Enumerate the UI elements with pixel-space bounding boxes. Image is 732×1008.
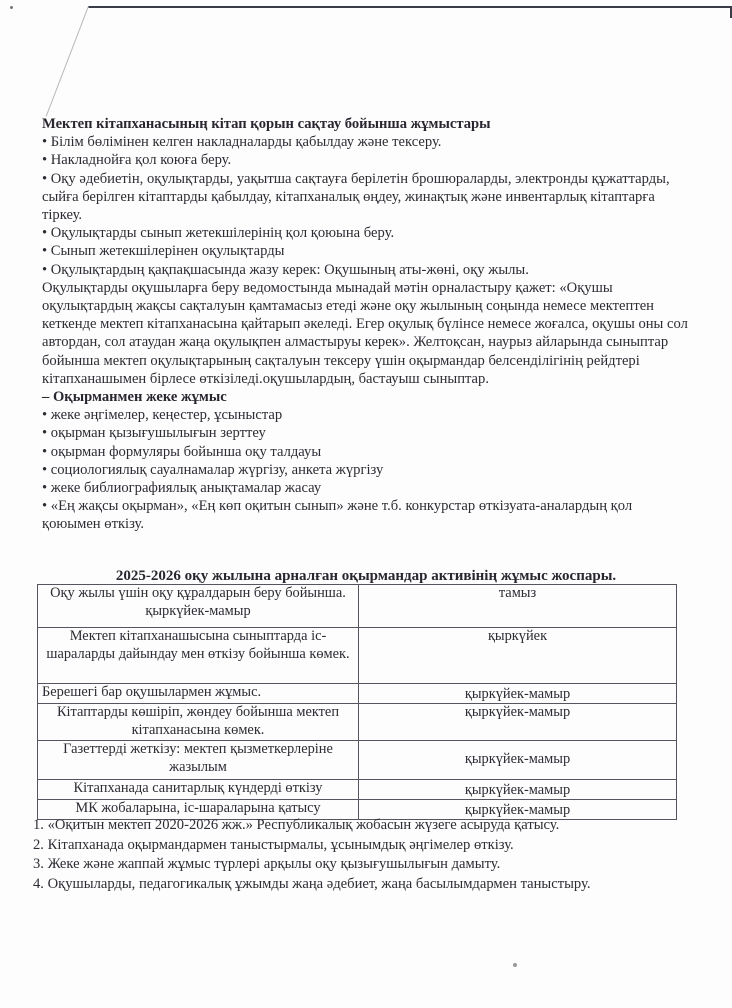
task-cell: Газеттерді жеткізу: мектеп қызметкерлері…: [38, 741, 359, 780]
list-item: Оқулықтардың қақпақшасында жазу керек: О…: [42, 261, 692, 279]
period-cell: қыркүйек-мамыр: [359, 684, 677, 704]
list-item: социологиялық сауалнамалар жүргізу, анке…: [42, 461, 692, 479]
goal-item: 1. «Оқитын мектеп 2020-2026 жж.» Республ…: [33, 816, 713, 836]
task-cell: Кітаптарды көшіріп, жөндеу бойынша мекте…: [38, 704, 359, 741]
list-item: жеке әңгімелер, кеңестер, ұсыныстар: [42, 406, 692, 424]
task-cell: Кітапханада санитарлық күндерді өткізу: [38, 780, 359, 800]
table-row: Оқу жылы үшін оқу құралдарын беру бойынш…: [38, 585, 677, 628]
scan-speck: [10, 6, 13, 9]
list-item: жеке библиографиялық анықтамалар жасау: [42, 479, 692, 497]
plan-table-title: 2025-2026 оқу жылына арналған оқырмандар…: [0, 568, 732, 585]
list-item: Накладнойға қол коюға беру.: [42, 151, 692, 169]
list-item: Білім бөлімінен келген накладналарды қаб…: [42, 133, 692, 151]
table-row: Газеттерді жеткізу: мектеп қызметкерлері…: [38, 741, 677, 780]
table-row: Кітапханада санитарлық күндерді өткізу қ…: [38, 780, 677, 800]
document-body: Мектеп кітапханасының кітап қорын сақтау…: [42, 115, 692, 534]
list-item: Сынып жетекшілерінен оқулықтарды: [42, 242, 692, 260]
section-title-individual-work: – Оқырманмен жеке жұмыс: [42, 388, 692, 406]
table-row: Кітаптарды көшіріп, жөндеу бойынша мекте…: [38, 704, 677, 741]
goal-item: 3. Жеке және жаппай жұмыс түрлері арқылы…: [33, 855, 713, 875]
textbook-statement-paragraph: Оқулықтарды оқушыларға беру ведомостында…: [42, 279, 692, 388]
list-item: Оқулықтарды сынып жетекшілерінің қол қою…: [42, 224, 692, 242]
goal-item: 2. Кітапханада оқырмандармен таныстырмал…: [33, 836, 713, 856]
list-item: «Ең жақсы оқырман», «Ең көп оқитын сынып…: [42, 497, 692, 533]
period-cell: қыркүйек: [359, 628, 677, 684]
table-row: Мектеп кітапханашысына сыныптарда іс-шар…: [38, 628, 677, 684]
period-cell: қыркүйек-мамыр: [359, 741, 677, 780]
section-title-book-fund: Мектеп кітапханасының кітап қорын сақтау…: [42, 115, 692, 133]
period-cell: тамыз: [359, 585, 677, 628]
scan-speck: [513, 963, 517, 967]
goal-item: 4. Оқушыларды, педагогикалық ұжымды жаңа…: [33, 875, 713, 895]
task-cell: Оқу жылы үшін оқу құралдарын беру бойынш…: [38, 585, 359, 628]
goals-list: 1. «Оқитын мектеп 2020-2026 жж.» Республ…: [33, 816, 713, 894]
list-item: оқырман формуляры бойынша оқу талдауы: [42, 443, 692, 461]
scan-edge-fold: [46, 6, 89, 117]
activity-plan-table: Оқу жылы үшін оқу құралдарын беру бойынш…: [37, 584, 677, 820]
list-item: Оқу әдебиетін, оқулықтарды, уақытша сақт…: [42, 170, 692, 225]
period-cell: қыркүйек-мамыр: [359, 704, 677, 741]
task-cell: Мектеп кітапханашысына сыныптарда іс-шар…: [38, 628, 359, 684]
list-item: оқырман қызығушылығын зерттеу: [42, 424, 692, 442]
scan-edge-top: [88, 6, 732, 8]
table-row: Берешегі бар оқушылармен жұмыс. қыркүйек…: [38, 684, 677, 704]
period-cell: қыркүйек-мамыр: [359, 780, 677, 800]
task-cell: Берешегі бар оқушылармен жұмыс.: [38, 684, 359, 704]
